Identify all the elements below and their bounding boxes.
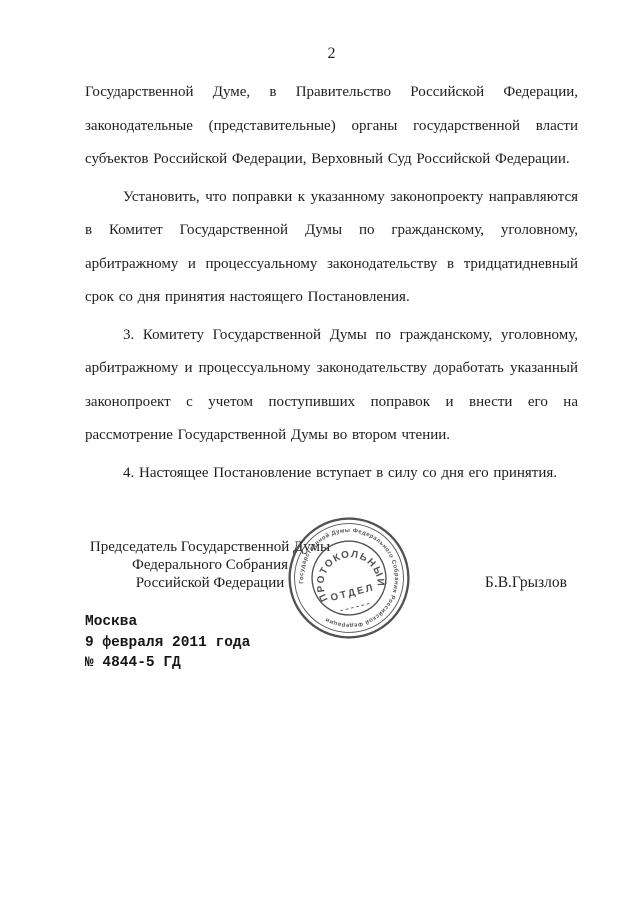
signature-name: Б.В.Грызлов <box>453 574 567 592</box>
page-number: 2 <box>85 44 578 64</box>
body-paragraph: Установить, что поправки к указанному за… <box>85 181 578 315</box>
body-paragraph: 4. Настоящее Постановление вступает в си… <box>85 457 578 491</box>
stamp-center-text: ОТДЕЛ <box>329 582 376 604</box>
footer-city: Москва <box>85 612 250 633</box>
body-paragraph: Государственной Думе, в Правительство Ро… <box>85 76 578 177</box>
document-footer: Москва 9 февраля 2011 года № 4844-5 ГД <box>85 612 250 674</box>
body-paragraph: 3. Комитету Государственной Думы по граж… <box>85 319 578 453</box>
document-body: Государственной Думе, в Правительство Ро… <box>85 76 578 494</box>
protocol-department-stamp-seal-icon: Государственной Думы Федерального Собран… <box>286 515 412 641</box>
footer-date: 9 февраля 2011 года <box>85 633 250 654</box>
document-page: 2 Государственной Думе, в Правительство … <box>0 0 640 905</box>
footer-number: № 4844-5 ГД <box>85 653 250 674</box>
